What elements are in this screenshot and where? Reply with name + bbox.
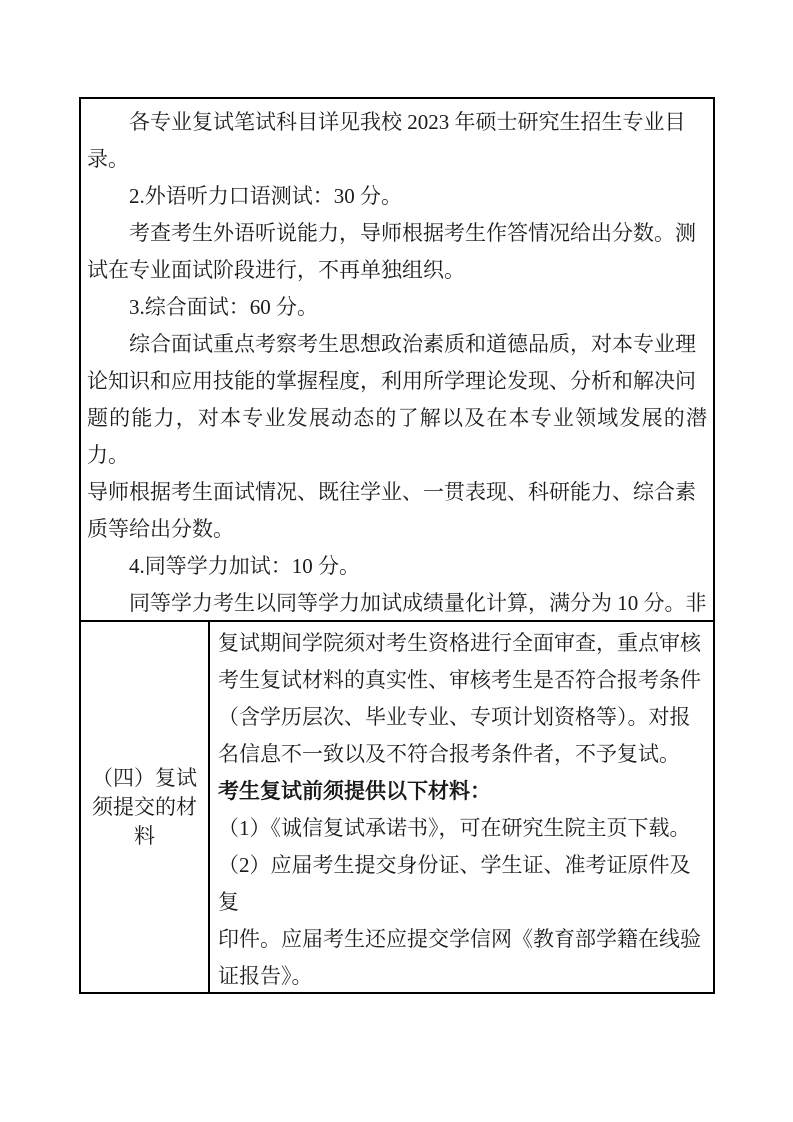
materials-required-heading: 考生复试前须提供以下材料： [218, 773, 707, 810]
materials-row-header: （四）复试 须提交的材 料 [81, 622, 210, 992]
materials-row-body: 复试期间学院须对考生资格进行全面审查，重点审核 考生复试材料的真实性、审核考生是… [210, 622, 713, 992]
materials-row: （四）复试 须提交的材 料 复试期间学院须对考生资格进行全面审查，重点审核 考生… [81, 622, 713, 992]
document-page: 各专业复试笔试科目详见我校 2023 年硕士研究生招生专业目 录。 2.外语听力… [0, 0, 793, 1122]
content-table: 各专业复试笔试科目详见我校 2023 年硕士研究生招生专业目 录。 2.外语听力… [79, 97, 715, 994]
candidate-review-paragraph: 复试期间学院须对考生资格进行全面审查，重点审核 考生复试材料的真实性、审核考生是… [218, 625, 707, 773]
recheck-content-cell: 各专业复试笔试科目详见我校 2023 年硕士研究生招生专业目 录。 2.外语听力… [81, 99, 713, 622]
materials-list: （1）《诚信复试承诺书》，可在研究生院主页下载。 （2）应届考生提交身份证、学生… [218, 810, 707, 992]
